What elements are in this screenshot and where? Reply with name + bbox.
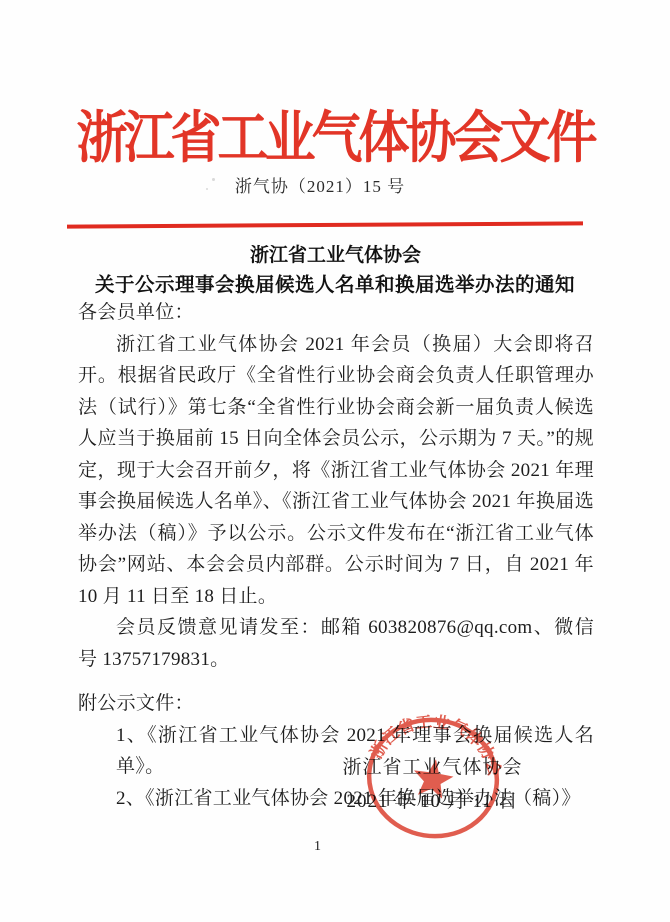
scan-speck bbox=[212, 178, 215, 181]
body-paragraph-1: 浙江省工业气体协会 2021 年会员（换届）大会即将召开。根据省民政厅《全省性行… bbox=[78, 329, 594, 613]
official-seal: 浙江省工业气体协会 bbox=[353, 704, 513, 853]
greeting-line: 各会员单位： bbox=[78, 297, 594, 329]
page-number: 1 bbox=[314, 839, 321, 855]
heading-notice-title: 关于公示理事会换届候选人名单和换届选举办法的通知 bbox=[60, 269, 610, 297]
heading-org-name: 浙江省工业气体协会 bbox=[78, 240, 593, 267]
red-separator-rule bbox=[67, 221, 583, 228]
star-icon bbox=[410, 756, 455, 800]
body-paragraph-2: 会员反馈意见请发至：邮箱 603820876@qq.com、微信号 137571… bbox=[78, 612, 594, 675]
attachments-label: 附公示文件： bbox=[78, 688, 594, 720]
document-page: 浙江省工业气体协会文件 浙气协（2021）15 号 浙江省工业气体协会 关于公示… bbox=[0, 0, 670, 922]
document-body: 各会员单位： 浙江省工业气体协会 2021 年会员（换届）大会即将召开。根据省民… bbox=[78, 297, 594, 814]
doc-number: 浙气协（2021）15 号 bbox=[0, 172, 640, 197]
masthead-title: 浙江省工业气体协会文件 bbox=[55, 92, 615, 173]
scan-speck bbox=[206, 188, 208, 190]
